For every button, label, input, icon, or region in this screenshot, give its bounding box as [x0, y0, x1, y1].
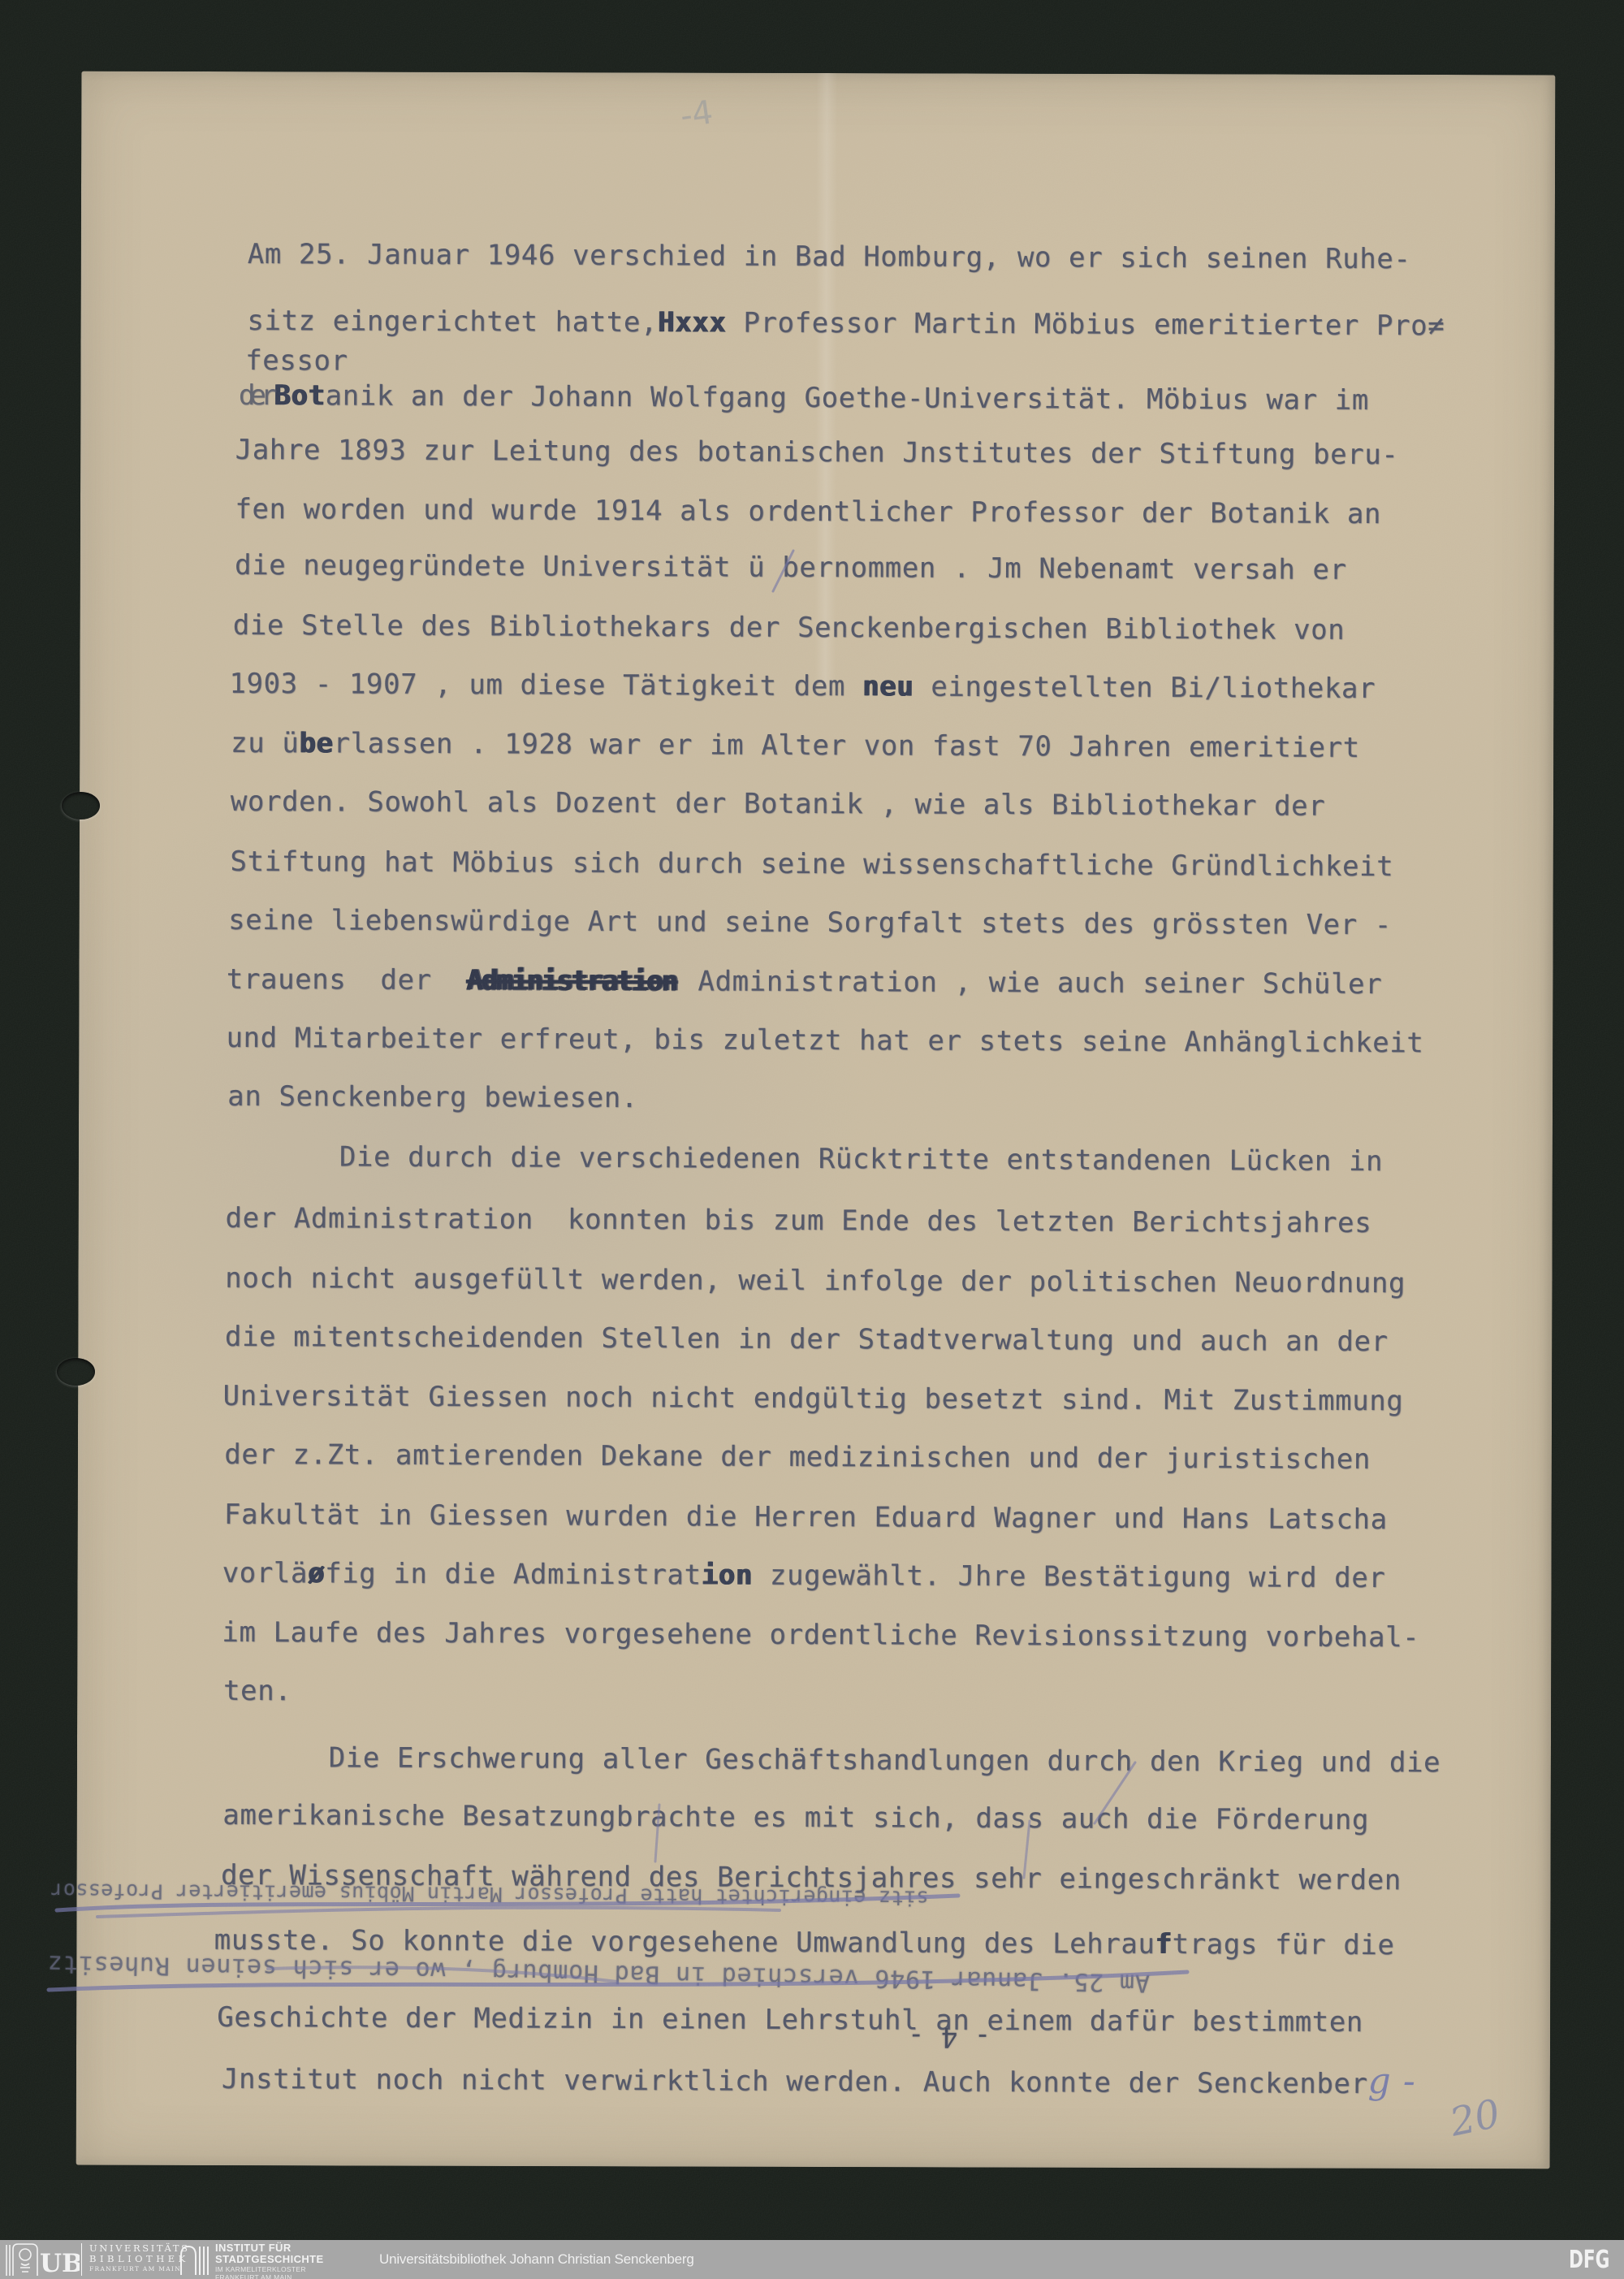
typed-segment: amerikanische Besatzungbrachte es mit si… — [222, 1799, 1369, 1836]
typed-segment: worden. Sowohl als Dozent der Botanik , … — [231, 785, 1326, 823]
typed-segment: der z.Zt. amtierenden Dekane der medizin… — [224, 1438, 1371, 1476]
typed-line: der Administration konnten bis zum Ende … — [225, 1200, 1371, 1241]
typed-line: an Senckenberg bewiesen. — [227, 1079, 638, 1116]
typed-segment: eingestellten Bi/liothekar — [914, 671, 1376, 705]
stadtgeschichte-arch-icon — [175, 2242, 212, 2277]
svg-text:UB: UB — [40, 2249, 80, 2277]
typed-segment: Stiftung hat Möbius sich durch seine wis… — [230, 845, 1393, 883]
typed-segment: fessor — [245, 344, 348, 378]
typed-segment: vorlä — [222, 1557, 309, 1589]
typed-segment-squeeze: der — [239, 379, 272, 412]
typed-segment: noch nicht ausgefüllt werden, weil infol… — [225, 1262, 1406, 1300]
typed-segment: die Stelle des Bibliothekars der Sencken… — [233, 609, 1345, 647]
typed-segment: fen worden und wurde 1914 als ordentlich… — [235, 493, 1381, 530]
typed-segment-xx: Administration — [466, 964, 676, 997]
typed-segment-ov: be — [299, 727, 333, 759]
scanned-page-viewer: -4 Am 25. Januar 1946 verschied in Bad H… — [0, 0, 1624, 2279]
ifs-wordmark-line2: STADTGESCHICHTE — [215, 2254, 324, 2265]
ifs-wordmark-line3: IM KARMELITERKLOSTER — [215, 2265, 324, 2273]
typed-segment: die mitentscheidenden Stellen in der Sta… — [225, 1321, 1389, 1358]
typed-segment: Jahre 1893 zur Leitung des botanischen J… — [235, 434, 1399, 471]
typed-line: derBotanik an der Johann Wolfgang Goethe… — [239, 378, 1369, 418]
typed-segment: fig in die Administrat — [325, 1557, 702, 1591]
typed-segment-ov: ø — [308, 1557, 325, 1589]
typed-line: Stiftung hat Möbius sich durch seine wis… — [230, 844, 1393, 884]
typed-line: Fakultät in Giessen wurden die Herren Ed… — [224, 1497, 1388, 1537]
typed-segment: zugewählt. Jhre Bestätigung wird der — [753, 1559, 1386, 1594]
typed-segment: 1903 - 1907 , um diese Tätigkeit dem — [229, 668, 862, 703]
typed-line: fen worden und wurde 1914 als ordentlich… — [235, 491, 1381, 532]
typed-segment: trauens der — [227, 963, 466, 997]
typed-segment: Die durch die verschiedenen Rücktritte e… — [339, 1140, 1383, 1178]
typed-line: seine liebenswürdige Art und seine Sorgf… — [228, 902, 1392, 943]
typed-segment: Jnstitut noch nicht verwirktlich werden.… — [222, 2063, 1368, 2100]
typed-segment-ov: ion — [702, 1559, 753, 1591]
typed-segment: Am 25. Januar 1946 verschied in Bad Homb… — [248, 238, 1411, 275]
stadtgeschichte-wordmark: INSTITUT FÜR STADTGESCHICHTE IM KARMELIT… — [215, 2242, 324, 2279]
typed-line: sitz eingerichtet hatte,Hxxx Professor M… — [247, 303, 1445, 344]
typed-segment: sitz eingerichtet hatte, — [247, 305, 658, 339]
typed-line: Universität Giessen noch nicht endgültig… — [223, 1378, 1404, 1419]
typed-segment: Professor Martin Möbius emeritierter Pro… — [726, 307, 1445, 343]
typed-line: und Mitarbeiter erfreut, bis zuletzt hat… — [226, 1020, 1423, 1061]
typed-line: fessor — [245, 343, 348, 379]
typed-segment: an Senckenberg bewiesen. — [227, 1080, 638, 1114]
typed-segment: anik an der Johann Wolfgang Goethe-Unive… — [326, 379, 1369, 417]
typed-segment-ov: neu — [862, 670, 914, 703]
typed-segment-ov: Bot — [274, 379, 325, 412]
typed-segment: Universität Giessen noch nicht endgültig… — [223, 1380, 1404, 1417]
typed-segment: Die Erschwerung aller Geschäftshandlunge… — [329, 1741, 1441, 1779]
ifs-wordmark-line4: FRANKFURT AM MAIN — [215, 2273, 324, 2279]
typed-text-layer: Am 25. Januar 1946 verschied in Bad Homb… — [0, 0, 1624, 2279]
typed-segment: trags für die — [1173, 1928, 1395, 1961]
typed-line: Am 25. Januar 1946 verschied in Bad Homb… — [248, 236, 1411, 277]
typed-line: amerikanische Besatzungbrachte es mit si… — [222, 1797, 1369, 1838]
typed-segment: und Mitarbeiter erfreut, bis zuletzt hat… — [226, 1022, 1423, 1059]
typed-line: zu überlassen . 1928 war er im Alter von… — [231, 725, 1360, 766]
typed-segment-ov: f — [1155, 1928, 1172, 1961]
typed-line: trauens der Administration Administratio… — [227, 962, 1383, 1002]
typed-segment: Geschichte der Medizin in einen Lehrstuh… — [217, 2001, 1363, 2039]
typed-line: vorläøfig in die Administration zugewähl… — [222, 1555, 1386, 1596]
typed-segment: Administration , wie auch seiner Schüler — [680, 965, 1382, 1001]
typed-line: noch nicht ausgefüllt werden, weil infol… — [225, 1261, 1406, 1301]
typed-line: die neugegründete Universität ü bernomme… — [235, 547, 1347, 588]
typed-line: der z.Zt. amtierenden Dekane der medizin… — [224, 1437, 1371, 1477]
typed-line: Die Erschwerung aller Geschäftshandlunge… — [329, 1740, 1441, 1780]
typed-segment: der Administration konnten bis zum Ende … — [225, 1202, 1371, 1239]
typed-segment: zu ü — [231, 727, 299, 759]
typed-segment: ten. — [223, 1675, 292, 1707]
footer-branding-bar: UB UNIVERSITÄTS BIBLIOTHEK FRANKFURT AM … — [0, 2240, 1624, 2279]
typed-segment-ov: Hxxx — [658, 306, 726, 339]
ub-goethe-logo-icon: UB — [5, 2242, 80, 2277]
typed-line: Jnstitut noch nicht verwirktlich werden.… — [222, 2059, 1416, 2102]
dfg-logo: DFG — [1569, 2246, 1609, 2274]
typed-line: im Laufe des Jahres vorgesehene ordentli… — [222, 1615, 1419, 1655]
typed-segment-pen: g — [1367, 2061, 1391, 2102]
typed-line: die Stelle des Bibliothekars der Sencken… — [233, 608, 1345, 648]
typed-line: Jahre 1893 zur Leitung des botanischen J… — [235, 432, 1399, 473]
ifs-wordmark-line1: INSTITUT FÜR — [215, 2242, 324, 2254]
typed-line: 1903 - 1907 , um diese Tätigkeit dem neu… — [229, 666, 1376, 707]
typed-line: Die durch die verschiedenen Rücktritte e… — [339, 1139, 1383, 1179]
typed-line: Geschichte der Medizin in einen Lehrstuh… — [217, 2000, 1363, 2040]
ub-library-wordmark: UNIVERSITÄTS BIBLIOTHEK FRANKFURT AM MAI… — [81, 2243, 190, 2276]
footer-library-name: Universitätsbibliothek Johann Christian … — [379, 2251, 694, 2268]
typed-line: worden. Sowohl als Dozent der Botanik , … — [231, 784, 1326, 824]
typed-line: ten. — [223, 1673, 292, 1709]
typed-segment: seine liebenswürdige Art und seine Sorgf… — [228, 904, 1392, 941]
typed-line: die mitentscheidenden Stellen in der Sta… — [225, 1319, 1389, 1360]
typed-segment: die neugegründete Universität ü bernomme… — [235, 549, 1347, 586]
typed-segment: Fakultät in Giessen wurden die Herren Ed… — [224, 1498, 1388, 1536]
typed-segment: im Laufe des Jahres vorgesehene ordentli… — [222, 1616, 1419, 1654]
typed-segment-pen: - — [1391, 2061, 1415, 2102]
typed-segment: rlassen . 1928 war er im Alter von fast … — [333, 727, 1359, 764]
ghost-page-number: - 4 - — [908, 2021, 991, 2054]
